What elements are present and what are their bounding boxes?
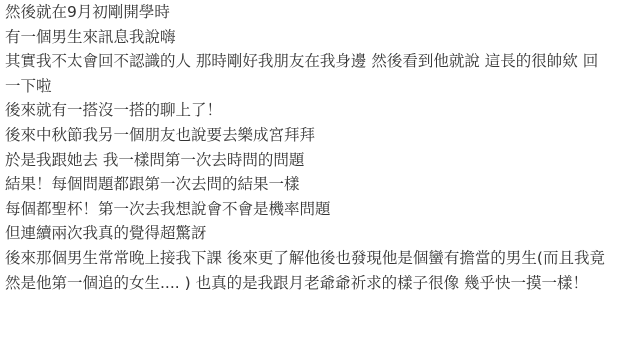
paragraph-7: 結果！每個問題都跟第一次去問的結果一樣	[5, 172, 613, 197]
paragraph-9: 但連續兩次我真的覺得超驚訝	[5, 221, 613, 246]
paragraph-4: 後來就有一搭沒一搭的聊上了！	[5, 98, 613, 123]
paragraph-8: 每個都聖杯！第一次去我想說會不會是機率問題	[5, 197, 613, 222]
paragraph-10: 後來那個男生常常晚上接我下課 後來更了解他後也發現他是個蠻有擔當的男生(而且我竟…	[5, 246, 613, 295]
article-body: 然後就在9月初剛開學時 有一個男生來訊息我說嗨 其實我不太會回不認識的人 那時剛…	[5, 0, 613, 295]
paragraph-1: 然後就在9月初剛開學時	[5, 0, 613, 25]
paragraph-2: 有一個男生來訊息我說嗨	[5, 25, 613, 50]
paragraph-3: 其實我不太會回不認識的人 那時剛好我朋友在我身邊 然後看到他就說 這長的很帥欸 …	[5, 49, 613, 98]
paragraph-5: 後來中秋節我另一個朋友也說要去樂成宮拜拜	[5, 123, 613, 148]
paragraph-6: 於是我跟她去 我一樣問第一次去時問的問題	[5, 148, 613, 173]
